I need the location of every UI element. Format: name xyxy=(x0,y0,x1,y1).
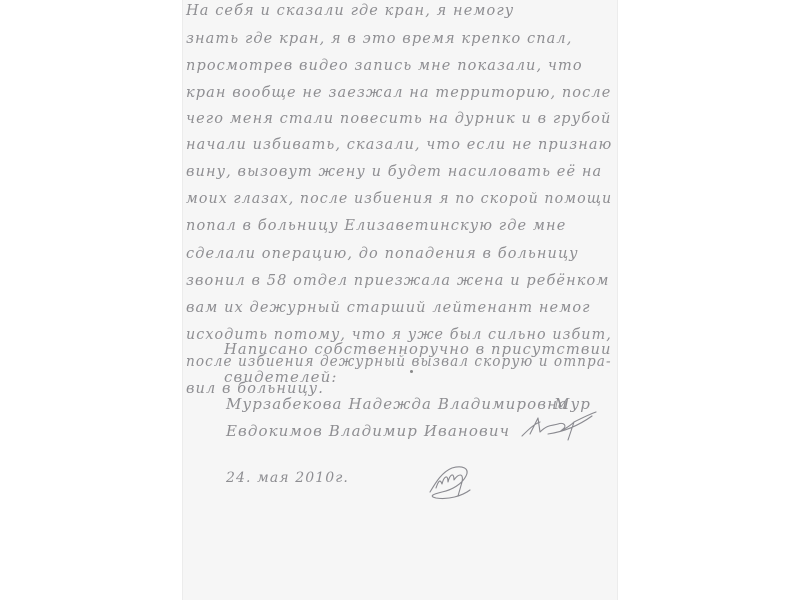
body-line: вину, вызовут жену и будет насиловать её… xyxy=(186,164,602,180)
body-line: начали избивать, сказали, что если не пр… xyxy=(186,137,612,153)
closing-line: свидетелей: xyxy=(224,368,338,386)
body-line: сделали операцию, до попадения в больниц… xyxy=(186,246,579,262)
body-line: просмотрев видео запись мне показали, чт… xyxy=(186,58,583,74)
body-line: попал в больницу Елизаветинскую где мне xyxy=(186,218,566,234)
body-line: чего меня стали повесить на дурник и в г… xyxy=(186,111,611,127)
author-signature xyxy=(422,462,482,507)
document-viewer: На себя и сказали где кран, я немогу зна… xyxy=(0,0,800,600)
witness-2-signature xyxy=(518,410,598,451)
ink-dot xyxy=(410,370,413,373)
document-page: На себя и сказали где кран, я немогу зна… xyxy=(182,0,618,600)
body-line: вам их дежурный старший лейтенант немог xyxy=(186,300,591,316)
closing-line: Написано собственноручно в присутствии xyxy=(224,340,612,358)
body-line: кран вообще не заезжал на территорию, по… xyxy=(186,85,611,101)
witness-2-name: Евдокимов Владимир Иванович xyxy=(226,422,510,440)
body-line: моих глазах, после избиения я по скорой … xyxy=(186,191,612,207)
body-line: На себя и сказали где кран, я немогу xyxy=(186,3,514,19)
document-date: 24. мая 2010г. xyxy=(226,470,349,486)
body-line: знать где кран, я в это время крепко спа… xyxy=(186,31,572,47)
body-line: звонил в 58 отдел приезжала жена и ребён… xyxy=(186,273,609,289)
witness-1-name: Мурзабекова Надежда Владимировна xyxy=(226,395,568,413)
